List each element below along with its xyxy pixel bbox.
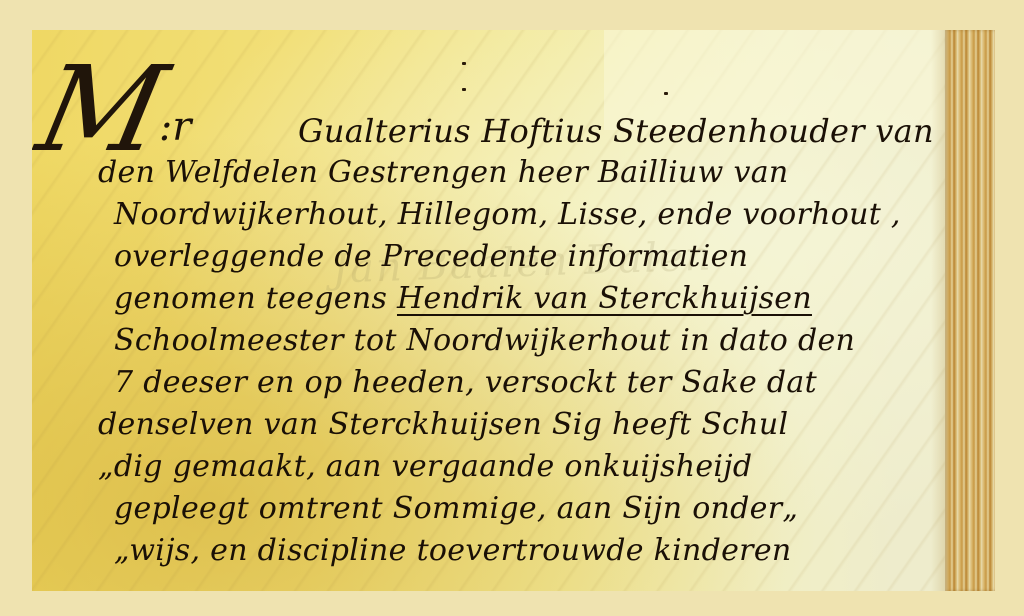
- manuscript-line: „dig gemaakt, aan vergaande onkuijsheijd: [98, 446, 958, 488]
- manuscript-line: Noordwijkerhout, Hillegom, Lisse, ende v…: [98, 194, 958, 236]
- manuscript-line: Schoolmeester tot Noordwijkerhout in dat…: [98, 320, 958, 362]
- page-edge-shadow: [931, 30, 945, 591]
- manuscript-line: den Welfdelen Gestrengen heer Bailliuw v…: [98, 152, 958, 194]
- manuscript-line: overleggende de Precedente informatien: [98, 236, 958, 278]
- ink-dot: [672, 125, 676, 128]
- manuscript-line: „wijs, en discipline toevertrouwde kinde…: [98, 530, 958, 572]
- ink-dot: [462, 62, 466, 65]
- manuscript-photo: Jan Baalen Dalen M :r Gualterius Hoftius…: [32, 30, 995, 591]
- manuscript-line: gepleegt omtrent Sommige, aan Sijn onder…: [98, 488, 958, 530]
- underlined-name: Hendrik van Sterckhuijsen: [397, 281, 812, 316]
- manuscript-line-heading: Gualterius Hoftius Steedenhouder van: [98, 110, 958, 152]
- manuscript-line: denselven van Sterckhuijsen Sig heeft Sc…: [98, 404, 958, 446]
- manuscript-text-block: Gualterius Hoftius Steedenhouder van den…: [98, 110, 958, 572]
- manuscript-line: 7 deeser en op heeden, versockt ter Sake…: [98, 362, 958, 404]
- line-prefix: genomen teegens: [114, 281, 397, 316]
- ink-dot: [462, 88, 466, 91]
- manuscript-line-with-name: genomen teegens Hendrik van Sterckhuijse…: [98, 278, 958, 320]
- ink-dot: [664, 92, 668, 95]
- book-page-edges: [945, 30, 995, 591]
